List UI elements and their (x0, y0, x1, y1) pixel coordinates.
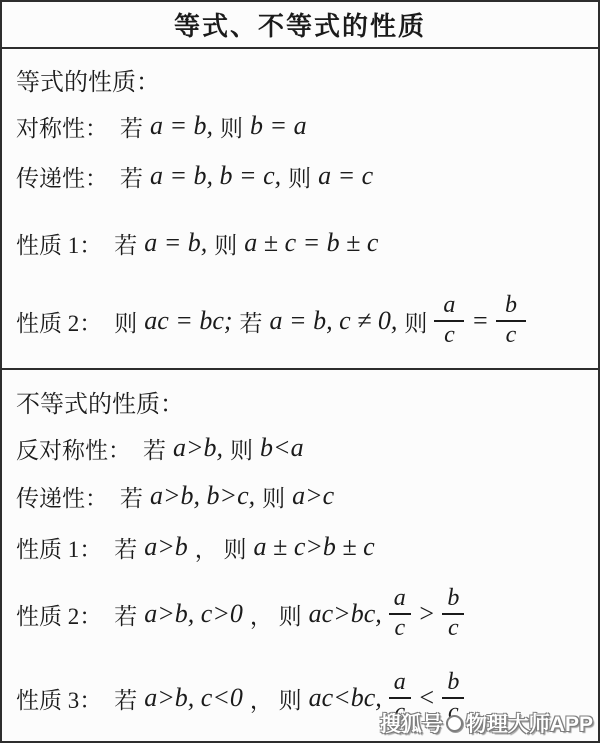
watermark-suffix: 物理大师APP (466, 708, 593, 738)
cn-text: 若 (240, 305, 263, 338)
math-text: a>b, (173, 433, 223, 463)
cn-text: 若 (120, 480, 143, 513)
math-text: a>b, c>0 (144, 599, 243, 629)
cn-text: 若 (120, 110, 143, 143)
relation-sign: = (471, 306, 489, 336)
fraction-b-over-c: b c (496, 293, 526, 349)
fraction-numerator: b (442, 670, 464, 699)
cn-text: 则 (288, 160, 311, 193)
row-antisymmetry: 反对称性： 若 a>b, 则 b<a (16, 426, 588, 470)
cn-text: 若 (114, 227, 137, 260)
fraction-numerator: a (434, 293, 464, 322)
cn-text: 若 (120, 160, 143, 193)
row-property-1: 性质 1： 若 a = b, 则 a ± c = b ± c (16, 220, 588, 266)
math-text: a ± c>b ± c (254, 532, 375, 562)
cn-text: 则 (220, 110, 243, 143)
relation-sign: > (418, 599, 436, 629)
cn-text: ， 则 (195, 531, 247, 564)
math-text: b<a (260, 433, 304, 463)
section-heading: 不等式的性质： (16, 384, 184, 419)
math-text: a = b, b = c, (150, 161, 281, 191)
row-label: 反对称性： (16, 432, 131, 465)
cn-text: 则 (114, 305, 137, 338)
row-property-1: 性质 1： 若 a>b ， 则 a ± c>b ± c (16, 524, 588, 570)
properties-table: 等式、不等式的性质 等式的性质： 对称性： 若 a = b, 则 b = a 传… (0, 0, 600, 743)
cn-text: 若 (143, 432, 166, 465)
row-symmetry: 对称性： 若 a = b, 则 b = a (16, 104, 588, 148)
fraction-denominator: c (444, 322, 455, 349)
table-title-row: 等式、不等式的性质 (2, 2, 598, 49)
fraction-b-over-c: b c (442, 586, 464, 642)
fraction-denominator: c (506, 322, 517, 349)
math-text: a = b, (144, 228, 207, 258)
math-text: ac = bc; (144, 306, 232, 336)
row-property-2: 性质 2： 若 a>b, c>0 ， 则 ac>bc, a c > b c (16, 572, 588, 656)
row-label: 性质 1： (16, 531, 102, 564)
math-text: a>b, c<0 (144, 683, 243, 713)
fraction-denominator: c (394, 615, 405, 642)
cn-text: 则 (214, 227, 237, 260)
section-heading: 等式的性质： (16, 62, 160, 97)
math-text: a>b, b>c, (150, 481, 255, 511)
row-label: 性质 1： (16, 227, 102, 260)
math-text: b = a (250, 111, 307, 141)
row-transitivity: 传递性： 若 a>b, b>c, 则 a>c (16, 474, 588, 518)
cn-text: ， 则 (250, 598, 302, 631)
row-label: 性质 2： (16, 305, 102, 338)
section-equality-properties: 等式的性质： 对称性： 若 a = b, 则 b = a 传递性： 若 a = … (2, 49, 598, 370)
math-text: a = b, (150, 111, 213, 141)
fraction-a-over-c: a c (434, 293, 464, 349)
row-label: 传递性： (16, 160, 108, 193)
watermark: 搜狐号 物理大师APP (380, 708, 593, 738)
fraction-a-over-c: a c (389, 586, 411, 642)
inequality-heading-row: 不等式的性质： (16, 381, 588, 421)
math-text: a>b (144, 532, 188, 562)
fraction-numerator: b (442, 586, 464, 615)
math-text: a = b, c ≠ 0, (270, 306, 398, 336)
math-text: a = c (318, 161, 373, 191)
cn-text: 则 (404, 305, 427, 338)
sohu-logo-icon (446, 715, 463, 732)
page-title: 等式、不等式的性质 (174, 6, 426, 43)
cn-text: ， 则 (250, 682, 302, 715)
cn-text: 若 (114, 682, 137, 715)
row-label: 对称性： (16, 110, 108, 143)
fraction-denominator: c (448, 615, 459, 642)
math-text: ac<bc, (309, 683, 382, 713)
fraction-numerator: a (389, 586, 411, 615)
equality-heading-row: 等式的性质： (16, 59, 588, 99)
section-inequality-properties: 不等式的性质： 反对称性： 若 a>b, 则 b<a 传递性： 若 a>b, b… (2, 370, 598, 740)
cn-text: 则 (262, 480, 285, 513)
row-property-2: 性质 2： 则 ac = bc; 若 a = b, c ≠ 0, 则 a c =… (16, 280, 588, 362)
fraction-numerator: a (389, 670, 411, 699)
row-label: 性质 2： (16, 598, 102, 631)
row-transitivity: 传递性： 若 a = b, b = c, 则 a = c (16, 154, 588, 198)
cn-text: 则 (230, 432, 253, 465)
math-text: a ± c = b ± c (244, 228, 378, 258)
cn-text: 若 (114, 598, 137, 631)
math-text: ac>bc, (309, 599, 382, 629)
row-label: 传递性： (16, 480, 108, 513)
watermark-prefix: 搜狐号 (380, 708, 443, 738)
fraction-numerator: b (496, 293, 526, 322)
cn-text: 若 (114, 531, 137, 564)
row-label: 性质 3： (16, 682, 102, 715)
math-text: a>c (292, 481, 334, 511)
